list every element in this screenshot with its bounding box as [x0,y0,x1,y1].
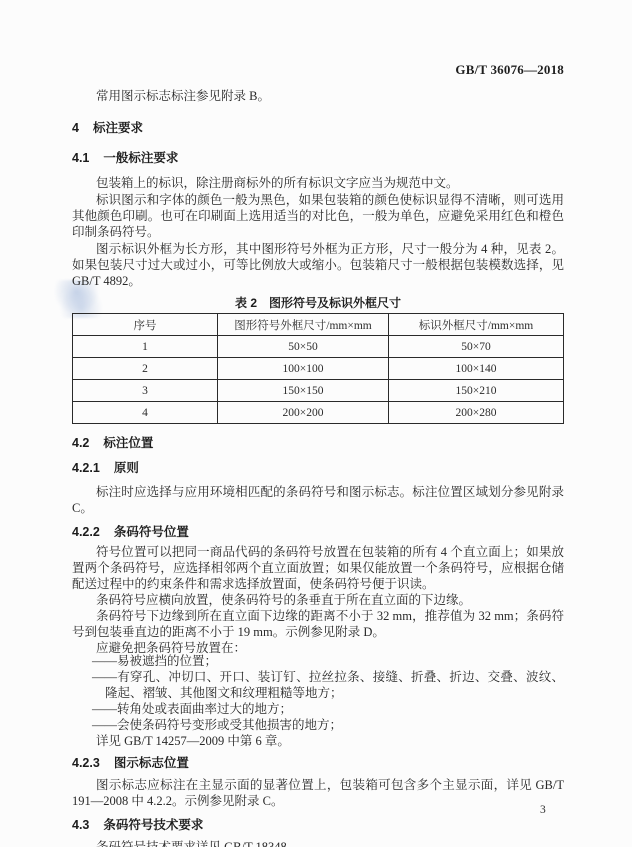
section-heading-4-1: 4.1 一般标注要求 [72,150,564,166]
section-number: 4.3 [72,817,89,833]
section-number: 4.2.3 [72,755,100,771]
paragraph: 标注时应选择与应用环境相匹配的条码符号和图示标志。标注位置区域划分参见附录 C。 [72,484,564,516]
paragraph: 包装箱上的标识，除注册商标外的所有标识文字应当为规范中文。 [72,175,564,191]
paragraph: 图示标志应标注在主显示面的显著位置上，包装箱可包含多个主显示面，详见 GB/T … [72,777,564,809]
document-page: GB/T 36076—2018 常用图示标志标注参见附录 B。 4 标注要求 4… [0,0,632,847]
table-caption: 表 2 图形符号及标识外框尺寸 [72,295,564,311]
dash-list-item: ——有穿孔、冲切口、开口、装订钉、拉丝拉条、接缝、折叠、折边、交叠、波纹、隆起、… [72,669,564,701]
cell-frame-size: 100×140 [389,358,564,380]
table-row: 2 100×100 100×140 [73,358,564,380]
section-title: 标注位置 [103,435,153,451]
column-header: 图形符号外框尺寸/mm×mm [218,314,389,336]
section-number: 4.2.2 [72,524,100,540]
cell-symbol-size: 50×50 [218,336,389,358]
section-title: 标注要求 [93,120,143,136]
section-heading-4-2-2: 4.2.2 条码符号位置 [72,524,564,540]
cell-index: 2 [73,358,218,380]
dash-list-item: ——转角处或表面曲率过大的地方； [72,701,564,717]
paragraph: 条码符号技术要求详见 GB/T 18348。 [72,839,564,847]
table-header-row: 序号 图形符号外框尺寸/mm×mm 标识外框尺寸/mm×mm [73,314,564,336]
paragraph: 条码符号应横向放置，使条码符号的条垂直于所在直立面的下边缘。 [72,592,564,608]
cell-frame-size: 50×70 [389,336,564,358]
section-title: 条码符号位置 [114,524,189,540]
intro-paragraph: 常用图示标志标注参见附录 B。 [72,88,564,104]
table-row: 1 50×50 50×70 [73,336,564,358]
table-row: 4 200×200 200×280 [73,402,564,424]
section-title: 一般标注要求 [103,150,178,166]
column-header: 标识外框尺寸/mm×mm [389,314,564,336]
paragraph: 条码符号下边缘到所在直立面下边缘的距离不小于 32 mm，推荐值为 32 mm；… [72,608,564,640]
paragraph: 图示标识外框为长方形，其中图形符号外框为正方形，尺寸一般分为 4 种，见表 2。… [72,241,564,289]
cell-frame-size: 150×210 [389,380,564,402]
section-title: 图示标志位置 [114,755,189,771]
section-heading-4-2: 4.2 标注位置 [72,435,564,451]
cell-index: 4 [73,402,218,424]
paragraph: 标识图示和字体的颜色一般为黑色，如果包装箱的颜色使标识显得不清晰，则可选用其他颜… [72,192,564,240]
section-heading-4-2-3: 4.2.3 图示标志位置 [72,755,564,771]
dash-list-item: ——易被遮挡的位置； [72,653,564,669]
dash-list: ——易被遮挡的位置； ——有穿孔、冲切口、开口、装订钉、拉丝拉条、接缝、折叠、折… [72,653,564,733]
standard-number-header: GB/T 36076—2018 [72,62,564,78]
table-row: 3 150×150 150×210 [73,380,564,402]
section-number: 4.1 [72,150,89,166]
cell-symbol-size: 100×100 [218,358,389,380]
section-heading-4-3: 4.3 条码符号技术要求 [72,817,564,833]
section-heading-4-2-1: 4.2.1 原则 [72,460,564,476]
cell-frame-size: 200×280 [389,402,564,424]
cell-index: 1 [73,336,218,358]
table-2: 序号 图形符号外框尺寸/mm×mm 标识外框尺寸/mm×mm 1 50×50 5… [72,313,564,424]
section-number: 4.2.1 [72,460,100,476]
section-title: 原则 [114,460,139,476]
column-header: 序号 [73,314,218,336]
section-heading-4: 4 标注要求 [72,120,564,136]
cell-symbol-size: 150×150 [218,380,389,402]
paragraph: 详见 GB/T 14257—2009 中第 6 章。 [72,733,564,749]
section-number: 4.2 [72,435,89,451]
cell-symbol-size: 200×200 [218,402,389,424]
page-number: 3 [540,804,546,816]
section-title: 条码符号技术要求 [103,817,203,833]
section-number: 4 [72,120,79,136]
page-content: GB/T 36076—2018 常用图示标志标注参见附录 B。 4 标注要求 4… [72,0,564,847]
dash-list-item: ——会使条码符号变形或受其他损害的地方； [72,717,564,733]
cell-index: 3 [73,380,218,402]
paragraph: 符号位置可以把同一商品代码的条码符号放置在包装箱的所有 4 个直立面上；如果放置… [72,544,564,592]
